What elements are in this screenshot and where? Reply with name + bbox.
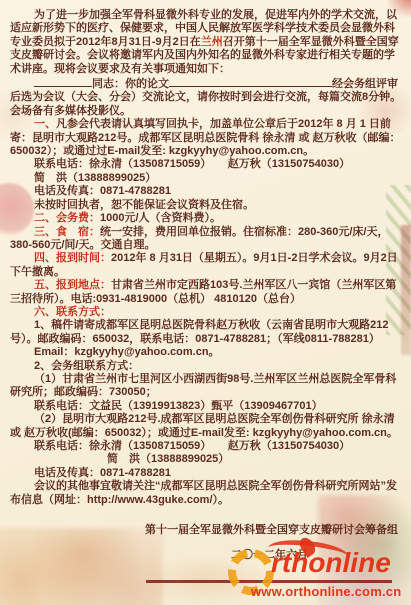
document-body: 为了进一步加强全军骨科显微外科专业的发展，促进军内外的学术交流，以适应新形势下的… (0, 0, 411, 507)
committee-contact-header: 2、会务组联系方式： (10, 360, 403, 373)
watermark-url: www.orthonline.com.cn (251, 584, 401, 599)
text-segment: （2）昆明市大观路212号.成都军区昆明总医院全军创伤骨科研究所 徐永清 或 赵… (10, 413, 398, 438)
manuscript-email: Email：kzgkyyhy@yahoo.com.cn。 (10, 346, 403, 359)
text-segment: 2、会务组联系方式： (34, 360, 139, 372)
blank-underline (34, 76, 92, 87)
text-segment: 1、稿件请寄成都军区昆明总医院骨科赵万秋收（云南省昆明市大观路212号）。邮政编… (10, 319, 388, 344)
fax-2: 电话及传真：0871-4788281 (10, 467, 403, 480)
text-segment: Email：kzgkyyhy@yahoo.com.cn。 (34, 346, 220, 358)
text-segment: 未按时回执者，恕不能保证会议资料及住宿。 (34, 199, 254, 211)
committee-address-2: （2）昆明市大观路212号.成都军区昆明总医院全军创伤骨科研究所 徐永清 或 赵… (10, 413, 403, 440)
text-segment: 六、联系方式： (34, 306, 111, 318)
blank-underline (169, 76, 332, 87)
text-segment: （1）甘肃省兰州市七里河区小西湖西街98号.兰州军区兰州总医院全军骨科研究所；邮… (10, 373, 396, 398)
text-segment: 凡参会代表请认真填写回执卡，加盖单位公章后于2012年 8 月 1 日前寄：昆明… (10, 118, 401, 157)
text-segment: 二、会务费： (34, 212, 100, 224)
section-5-checkin-place: 五、报到地点：甘肃省兰州市定西路103号.兰州军区八一宾馆（兰州军区第三招待所）… (10, 279, 403, 306)
text-segment: 电话及传真：0871-4788281 (34, 467, 171, 479)
floral-decoration (140, 555, 270, 605)
contact-jianhong-2: 简 洪（13888899025） (10, 453, 403, 466)
section-1-registration: 一、凡参会代表请认真填写回执卡，加盖单位公章后于2012年 8 月 1 日前寄：… (10, 118, 403, 158)
section-6-contact: 六、联系方式： (10, 306, 403, 319)
fax-1: 电话及传真：0871-4788281 (10, 185, 403, 198)
text-segment: 三、食 宿： (34, 226, 100, 238)
text-segment: 1000元/人（含资料费）。 (100, 212, 221, 224)
section-2-fee: 二、会务费：1000元/人（含资料费）。 (10, 212, 403, 225)
text-segment: 简 洪（13888899025） (107, 453, 229, 465)
text-segment: 简 洪（13888899025） (34, 172, 156, 184)
text-segment: 电话及传真：0871-4788281 (34, 185, 171, 197)
text-segment: 五、报到地点： (34, 279, 111, 291)
section-4-checkin-time: 四、报到时间：2012年 8 月31日（星期五）。9月1日-2日学术会议。9月2… (10, 252, 403, 279)
contact-phone-2: 联系电话：徐永清（13508715059） 赵万秋（13150754030） (10, 440, 403, 453)
contact-phone-1: 联系电话：徐永清（13508715059） 赵万秋（13150754030） (10, 158, 403, 171)
text-segment: 联系电话：徐永清（13508715059） 赵万秋（13150754030） (34, 440, 350, 452)
text-segment: 会议的其他事宜敬请关注“成都军区昆明总医院全军创伤骨科研究所网站”发布信息（网址… (10, 480, 397, 505)
text-segment: 同志：你的论文 (92, 78, 169, 90)
notice-page: 为了进一步加强全军骨科显微外科专业的发展，促进军内外的学术交流，以适应新形势下的… (0, 0, 411, 605)
committee-phone-1: 联系电话：文益民（13919913823）甄平（13909467701） (10, 400, 403, 413)
no-reply-note: 未按时回执者，恕不能保证会议资料及住宿。 (10, 199, 403, 212)
text-segment: 联系电话：文益民（13919913823）甄平（13909467701） (34, 400, 323, 412)
watermark-underline (146, 580, 392, 583)
committee-address-1: （1）甘肃省兰州市七里河区小西湖西街98号.兰州军区兰州总医院全军骨科研究所；邮… (10, 373, 403, 400)
website-note: 会议的其他事宜敬请关注“成都军区昆明总医院全军创伤骨科研究所网站”发布信息（网址… (10, 480, 403, 507)
invitation-paragraph: 同志：你的论文经会务组评审后选为会议（大会、分会）交流论文，请你按时到会进行交流… (10, 76, 403, 118)
footer: 第十一届全军显微外科暨全国穿支皮瓣研讨会筹备组 二〇一二年六月 (0, 523, 411, 562)
manuscript-address: 1、稿件请寄成都军区昆明总医院骨科赵万秋收（云南省昆明市大观路212号）。邮政编… (10, 319, 403, 346)
text-segment: 联系电话：徐永清（13508715059） 赵万秋（13150754030） (34, 158, 350, 170)
text-segment: 四、报到时间： (34, 252, 111, 264)
footer-date-line: 二〇一二年六月 (0, 548, 411, 562)
text-segment: 一、 (34, 118, 56, 130)
contact-jianhong-1: 简 洪（13888899025） (10, 172, 403, 185)
footer-committee-line: 第十一届全军显微外科暨全国穿支皮瓣研讨会筹备组 (0, 523, 411, 537)
text-segment: 兰州 (201, 36, 223, 48)
intro-paragraph: 为了进一步加强全军骨科显微外科专业的发展，促进军内外的学术交流，以适应新形势下的… (10, 9, 403, 76)
section-3-lodging: 三、食 宿：统一安排，费用回单位报销。住宿标准：280-360元/床/天，380… (10, 226, 403, 253)
